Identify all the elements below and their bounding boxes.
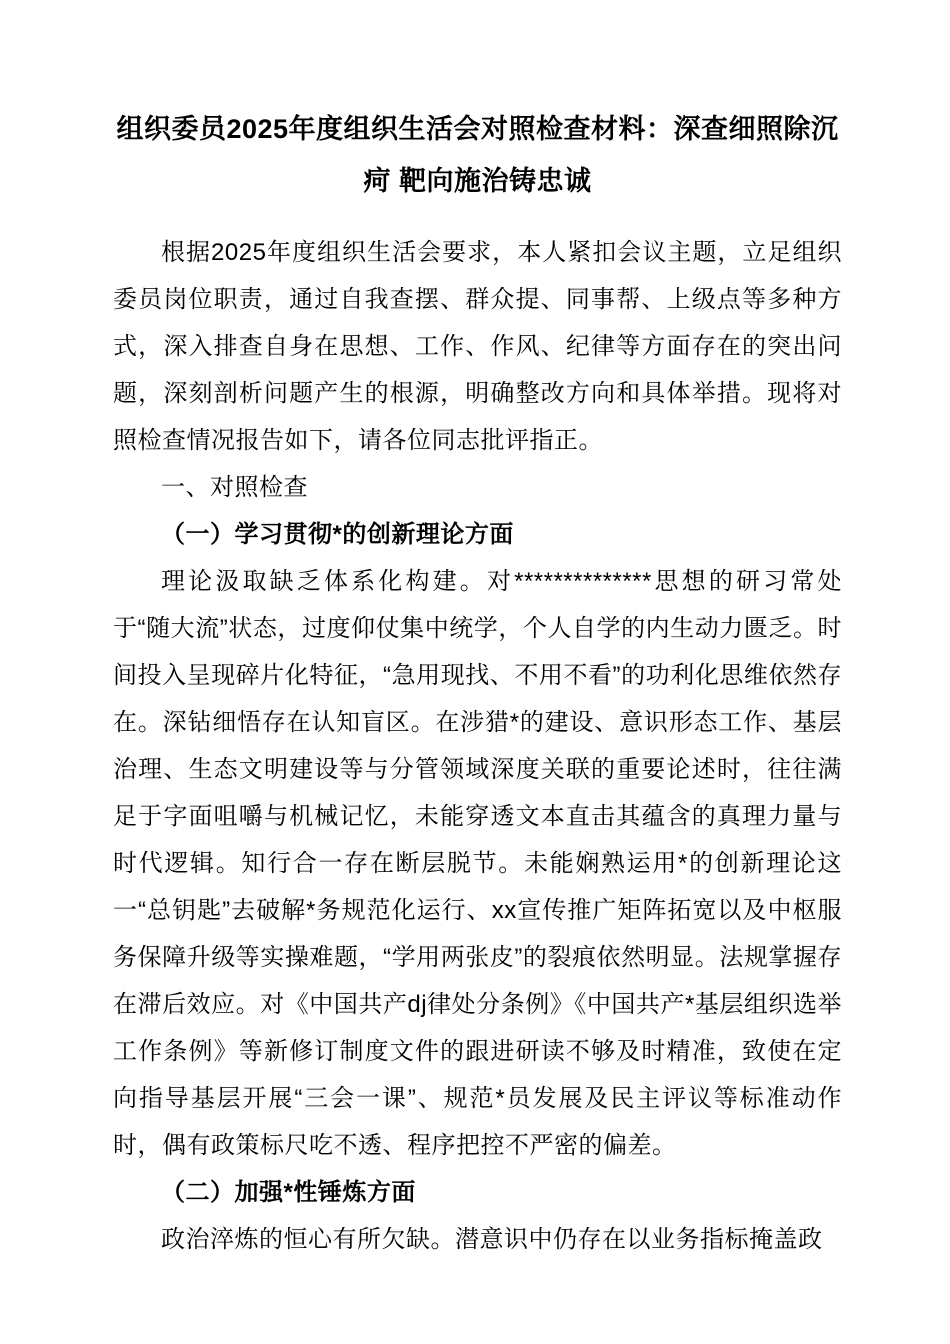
intro-paragraph: 根据2025年度组织生活会要求，本人紧扣会议主题，立足组织委员岗位职责，通过自我… xyxy=(113,229,842,464)
subsection-1-1-body: 理论汲取缺乏体系化构建。对**************思想的研习常处于“随大流”… xyxy=(113,558,842,1169)
section-heading-1: 一、对照检查 xyxy=(113,464,842,511)
document-title: 组织委员2025年度组织生活会对照检查材料：深查细照除沉疴 靶向施治铸忠诚 xyxy=(113,103,842,207)
document-page: 组织委员2025年度组织生活会对照检查材料：深查细照除沉疴 靶向施治铸忠诚 根据… xyxy=(0,0,950,1344)
subsection-heading-1-2: （二）加强*性锤炼方面 xyxy=(113,1169,842,1216)
subsection-1-2-body: 政治淬炼的恒心有所欠缺。潜意识中仍存在以业务指标掩盖政 xyxy=(113,1216,842,1263)
subsection-heading-1-1: （一）学习贯彻*的创新理论方面 xyxy=(113,511,842,558)
